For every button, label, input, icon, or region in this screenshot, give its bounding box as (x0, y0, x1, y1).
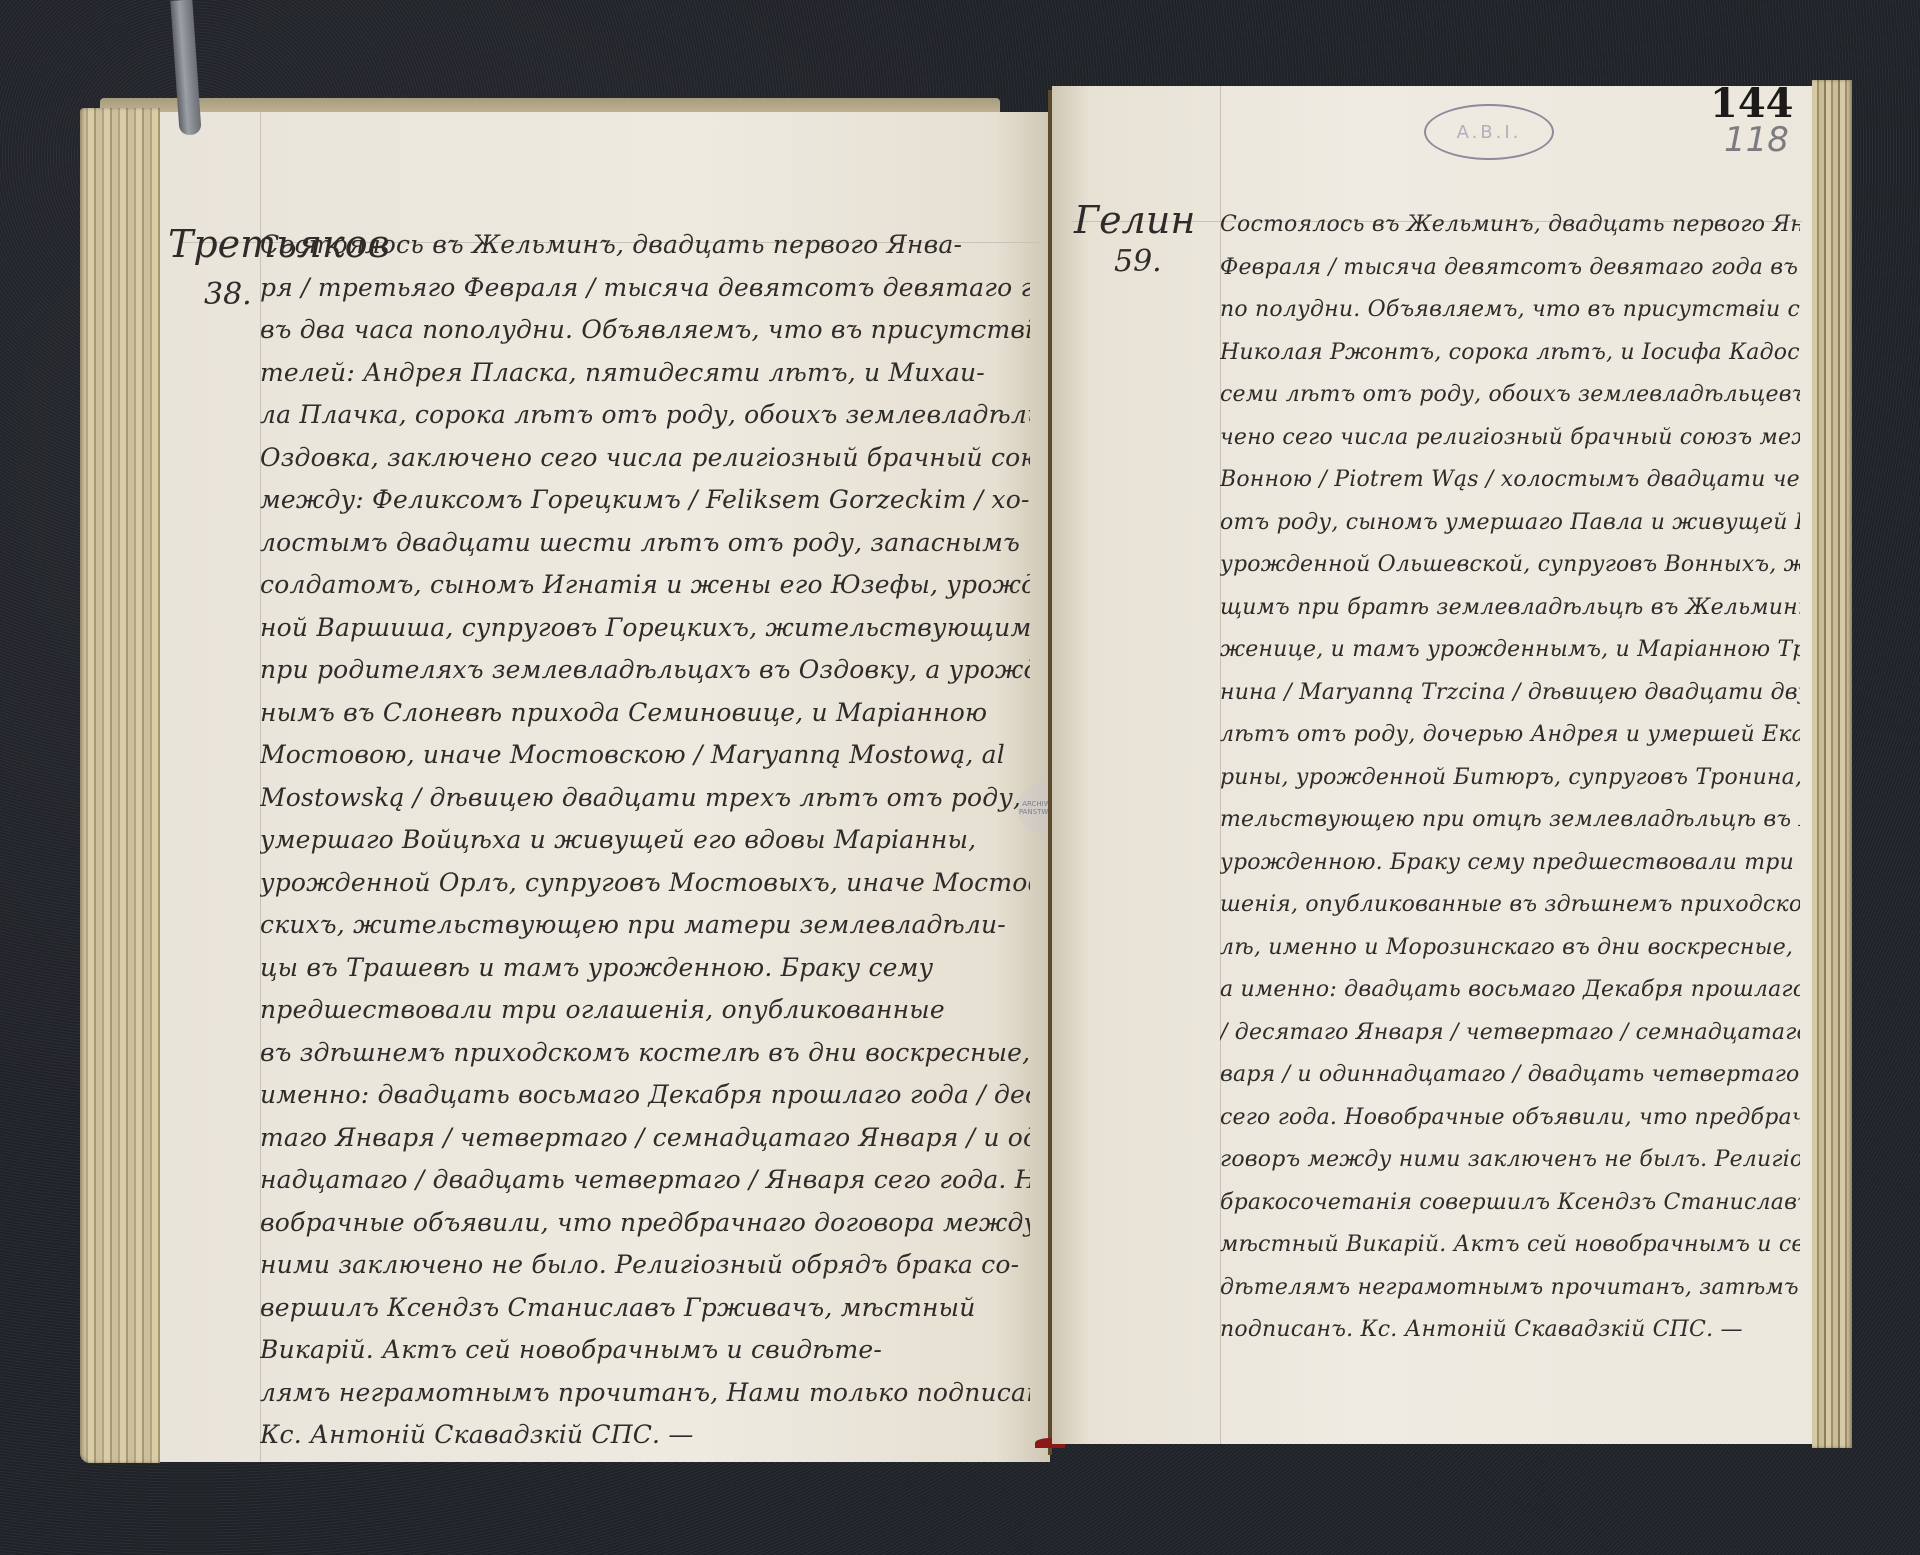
text-line: Мостовою, иначе Мостовскою / Maryanną Mo… (260, 734, 1030, 777)
text-line: Оздовка, заключено сего числа религіозны… (260, 437, 1030, 480)
oval-stamp: A.B.I. (1424, 104, 1554, 160)
entry-number: 38. (204, 277, 252, 312)
text-line: ними заключено не было. Религіозный обря… (260, 1244, 1030, 1287)
text-line: рины, урожденной Битюръ, супруговъ Трони… (1220, 757, 1800, 800)
previous-folio-number: 118 (1724, 120, 1789, 160)
text-line: Состоялось въ Жельминъ, двадцать первого… (260, 224, 1030, 267)
text-line: Вонною / Piotrem Wąs / холостымъ двадцат… (1220, 459, 1800, 502)
oval-stamp-text: A.B.I. (1457, 122, 1522, 143)
text-line: ря / третьяго Февраля / тысяча девятсотъ… (260, 267, 1030, 310)
text-line: вершилъ Ксендзъ Станиславъ Грживачъ, мѣс… (260, 1287, 1030, 1330)
text-line: бракосочетанія совершилъ Ксендзъ Станисл… (1220, 1182, 1800, 1225)
text-line: между: Феликсомъ Горецкимъ / Feliksem Go… (260, 479, 1030, 522)
text-line: лѣ, именно и Морозинскаго въ дни воскрес… (1220, 927, 1800, 970)
text-line: именно: двадцать восьмаго Декабря прошла… (260, 1074, 1030, 1117)
text-line: урожденной Ольшевской, супруговъ Вонныхъ… (1220, 544, 1800, 587)
text-line: ной Варшиша, супруговъ Горецкихъ, житель… (260, 607, 1030, 650)
entry-text: Состоялось въ Жельминъ, двадцать первого… (1220, 204, 1800, 1352)
text-line: урожденною. Браку сему предшествовали тр… (1220, 842, 1800, 885)
text-line: урожденной Орлъ, супруговъ Мостовыхъ, ин… (260, 862, 1030, 905)
text-line: варя / и одиннадцатаго / двадцать четвер… (1220, 1054, 1800, 1097)
entry-text: Состоялось въ Жельминъ, двадцать первого… (260, 224, 1030, 1457)
text-line: нымъ въ Слоневѣ прихода Семиновице, и Ма… (260, 692, 1030, 735)
text-line: надцатаго / двадцать четвертаго / Января… (260, 1159, 1030, 1202)
text-line: лямъ неграмотнымъ прочитанъ, Нами только… (260, 1372, 1030, 1415)
text-line: лостымъ двадцати шести лѣтъ отъ роду, за… (260, 522, 1030, 565)
text-line: / десятаго Января / четвертаго / семнадц… (1220, 1012, 1800, 1055)
text-line: женице, и тамъ урожденнымъ, и Маріанною … (1220, 629, 1800, 672)
text-line: при родителяхъ землевладѣльцахъ въ Оздов… (260, 649, 1030, 692)
text-line: лѣтъ отъ роду, дочерью Андрея и умершей … (1220, 714, 1800, 757)
text-line: цы въ Трашевѣ и тамъ урожденною. Браку с… (260, 947, 1030, 990)
right-page-stack-edge (1812, 80, 1852, 1448)
text-line: по полудни. Объявляемъ, что въ присутств… (1220, 289, 1800, 332)
text-line: мѣстный Викарій. Актъ сей новобрачнымъ и… (1220, 1224, 1800, 1267)
text-line: дѣтелямъ неграмотнымъ прочитанъ, затѣмъ … (1220, 1267, 1800, 1310)
text-line: въ два часа пополудни. Объявляемъ, что в… (260, 309, 1030, 352)
text-line: таго Января / четвертаго / семнадцатаго … (260, 1117, 1030, 1160)
text-line: Февраля / тысяча девятсотъ девятаго года… (1220, 247, 1800, 290)
right-page: A.B.I. 144 118 Гелин 59. Состоялось въ Ж… (1052, 86, 1812, 1444)
text-line: умершаго Войцѣха и живущей его вдовы Мар… (260, 819, 1030, 862)
text-line: подписанъ. Кс. Антоній Скавадзкій СПС. — (1220, 1309, 1800, 1352)
text-line: чено сего числа религіозный брачный союз… (1220, 417, 1800, 460)
text-line: телей: Андрея Пласка, пятидесяти лѣтъ, и… (260, 352, 1030, 395)
left-page: Третьяков 38. Состоялось въ Жельминъ, дв… (160, 112, 1050, 1462)
text-line: сего года. Новобрачные объявили, что пре… (1220, 1097, 1800, 1140)
text-line: нина / Maryanną Trzcina / дѣвицею двадца… (1220, 672, 1800, 715)
text-line: а именно: двадцать восьмаго Декабря прош… (1220, 969, 1800, 1012)
open-register-book: Третьяков 38. Состоялось въ Жельминъ, дв… (80, 80, 1852, 1480)
text-line: Mostowską / дѣвицею двадцати трехъ лѣтъ … (260, 777, 1030, 820)
text-line: Состоялось въ Жельминъ, двадцать первого… (1220, 204, 1800, 247)
left-page-stack-edge (80, 108, 160, 1463)
text-line: Николая Ржонтъ, сорока лѣтъ, и Іосифа Ка… (1220, 332, 1800, 375)
text-line: говоръ между ними заключенъ не былъ. Рел… (1220, 1139, 1800, 1182)
entry-number: 59. (1114, 244, 1162, 279)
text-line: предшествовали три оглашенія, опубликова… (260, 989, 1030, 1032)
text-line: Кс. Антоній Скавадзкій СПС. — (260, 1414, 1030, 1457)
text-line: отъ роду, сыномъ умершаго Павла и живуще… (1220, 502, 1800, 545)
text-line: тельствующею при отцѣ землевладѣльцѣ въ … (1220, 799, 1800, 842)
text-line: ла Плачка, сорока лѣтъ отъ роду, обоихъ … (260, 394, 1030, 437)
text-line: семи лѣтъ отъ роду, обоихъ землевладѣльц… (1220, 374, 1800, 417)
text-line: Викарій. Актъ сей новобрачнымъ и свидѣте… (260, 1329, 1030, 1372)
text-line: щимъ при братѣ землевладѣльцѣ въ Жельмин… (1220, 587, 1800, 630)
text-line: вобрачные объявили, что предбрачнаго дог… (260, 1202, 1030, 1245)
text-line: въ здѣшнемъ приходскомъ костелѣ въ дни в… (260, 1032, 1030, 1075)
text-line: солдатомъ, сыномъ Игнатія и жены его Юзе… (260, 564, 1030, 607)
text-line: шенія, опубликованные въ здѣшнемъ приход… (1220, 884, 1800, 927)
entry-margin-name: Гелин (1074, 198, 1195, 242)
text-line: скихъ, жительствующею при матери землевл… (260, 904, 1030, 947)
